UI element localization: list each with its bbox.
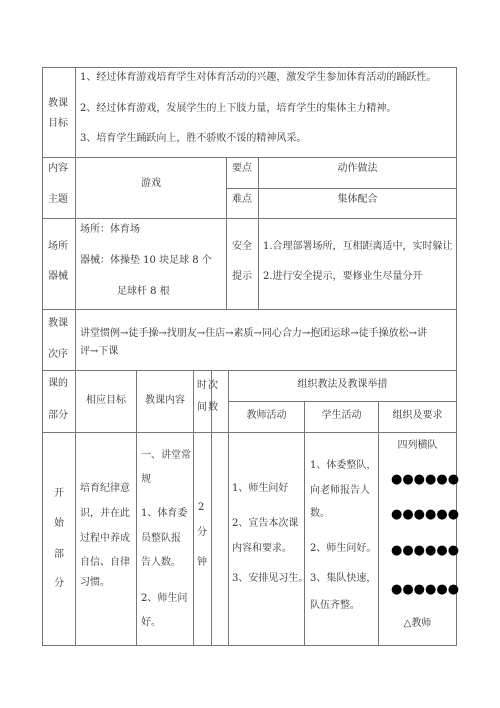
teacher-activity: 内容和要求。 xyxy=(232,543,292,555)
safety-label: 提示 xyxy=(232,271,252,283)
sequence-text: 讲堂惯例→徒手操→找朋友→住店→素质→同心合力→抱团运球→徒手操放松→讲 xyxy=(80,328,427,340)
header-goal: 相应目标 xyxy=(76,395,136,407)
student-activity: 3、集队快速， xyxy=(310,573,376,585)
safety-tip: 2.进行安全提示，要修业生尽量分开 xyxy=(263,271,423,283)
header-count: 数 xyxy=(208,402,218,414)
sequence-text: 评→下课 xyxy=(80,346,118,358)
row-divider xyxy=(228,401,457,402)
goal-line: 过程中养成 xyxy=(80,533,130,545)
row-divider xyxy=(42,432,457,433)
safety-tip: 1.合理部署场所，互相距离适中，实时躲让 xyxy=(263,241,453,253)
col-divider xyxy=(75,67,76,646)
border-left xyxy=(42,67,43,646)
row-divider xyxy=(42,309,457,310)
content-line: 一、讲堂常 xyxy=(141,450,191,462)
content-line: 告人数。 xyxy=(141,557,181,569)
part-char: 部 xyxy=(54,549,64,561)
teacher-marker: △教师 xyxy=(379,618,456,630)
header-student: 学生活动 xyxy=(305,410,378,422)
part-char: 分 xyxy=(54,578,64,590)
student-row-icon: ●●●●●● xyxy=(391,507,459,522)
part-char: 始 xyxy=(54,518,64,530)
header-count: 次 xyxy=(208,380,218,392)
goal-line: 培育纪律意 xyxy=(80,483,130,495)
header-teacher: 教师活动 xyxy=(229,410,304,422)
col-divider xyxy=(136,370,137,645)
part-char: 开 xyxy=(54,488,64,500)
border-bottom xyxy=(42,645,457,646)
equipment-line: 器械：体操垫 10 块足球 8 个 xyxy=(80,255,212,267)
header-time: 间 xyxy=(197,402,207,414)
objectives-label: 目标 xyxy=(48,118,68,130)
student-activity: 1、体委整队， xyxy=(310,460,376,472)
teacher-activity: 1、师生问好 xyxy=(232,483,288,495)
content-label: 主题 xyxy=(48,194,68,206)
student-activity: 队伍齐整。 xyxy=(310,600,360,612)
header-part: 课的 xyxy=(48,378,68,390)
header-org-req: 组织及要求 xyxy=(379,410,456,422)
time-value: 2 xyxy=(198,502,204,514)
border-top xyxy=(42,67,457,68)
student-activity: 向老师报告人 xyxy=(310,485,370,497)
content-line: 2、师生问 xyxy=(141,593,187,605)
objectives-label: 教课 xyxy=(48,98,68,110)
col-divider xyxy=(258,157,259,309)
formation-title: 四列横队 xyxy=(379,440,456,452)
content-line: 员整队报 xyxy=(141,533,181,545)
objective-item: 2、经过体育游戏，发展学生的上下肢力量，培育学生的集体主力精神。 xyxy=(80,103,396,115)
teacher-activity: 2、宣告本次课 xyxy=(232,518,298,530)
venue-label: 场所 xyxy=(48,241,68,253)
col-divider xyxy=(378,401,379,645)
header-teaching-content: 教课内容 xyxy=(137,395,193,407)
student-activity: 2、师生问好。 xyxy=(310,543,376,555)
header-org-methods: 组织教法及教课举措 xyxy=(229,379,456,391)
difficulty-label: 难点 xyxy=(232,194,252,206)
header-part: 部分 xyxy=(48,410,68,422)
student-row-icon: ●●●●●● xyxy=(391,543,459,558)
row-divider xyxy=(42,218,457,219)
sequence-label: 次序 xyxy=(48,349,68,361)
student-row-icon: ●●●●●● xyxy=(391,472,459,487)
key-point-label: 要点 xyxy=(232,163,252,175)
col-divider xyxy=(304,401,305,645)
teacher-activity: 3、安排见习生。 xyxy=(232,573,308,585)
student-activity: 数。 xyxy=(310,508,330,520)
goal-line: 识，并在此 xyxy=(80,508,130,520)
row-divider xyxy=(226,188,457,189)
content-theme-value: 游戏 xyxy=(76,178,226,190)
venue-line: 场所：体育场 xyxy=(80,224,140,236)
time-unit: 分 xyxy=(197,527,207,539)
content-line: 1、体育委 xyxy=(141,508,187,520)
objective-item: 1、经过体育游戏培育学生对体育活动的兴趣，激发学生参加体育活动的踊跃性。 xyxy=(80,72,436,84)
venue-label: 器械 xyxy=(48,271,68,283)
key-point-value: 动作做法 xyxy=(259,163,456,175)
objective-item: 3、培育学生踊跃向上，胜不骄败不馁的精神风采。 xyxy=(80,133,306,145)
difficulty-value: 集体配合 xyxy=(259,194,456,206)
time-unit: 钟 xyxy=(197,557,207,569)
col-divider xyxy=(193,370,194,645)
col-divider xyxy=(226,157,227,309)
row-divider xyxy=(42,370,457,371)
content-line: 规 xyxy=(141,474,151,486)
goal-line: 习惯。 xyxy=(80,577,110,589)
equipment-line: 足球杆 8 根 xyxy=(117,286,170,298)
content-label: 内容 xyxy=(48,163,68,175)
goal-line: 自信、自律 xyxy=(80,557,130,569)
sequence-label: 教课 xyxy=(48,318,68,330)
row-divider xyxy=(42,157,457,158)
header-time: 时 xyxy=(197,380,207,392)
student-row-icon: ●●●●●● xyxy=(391,582,459,597)
content-line: 好。 xyxy=(141,617,161,629)
safety-label: 安全 xyxy=(232,241,252,253)
border-right xyxy=(456,67,457,646)
